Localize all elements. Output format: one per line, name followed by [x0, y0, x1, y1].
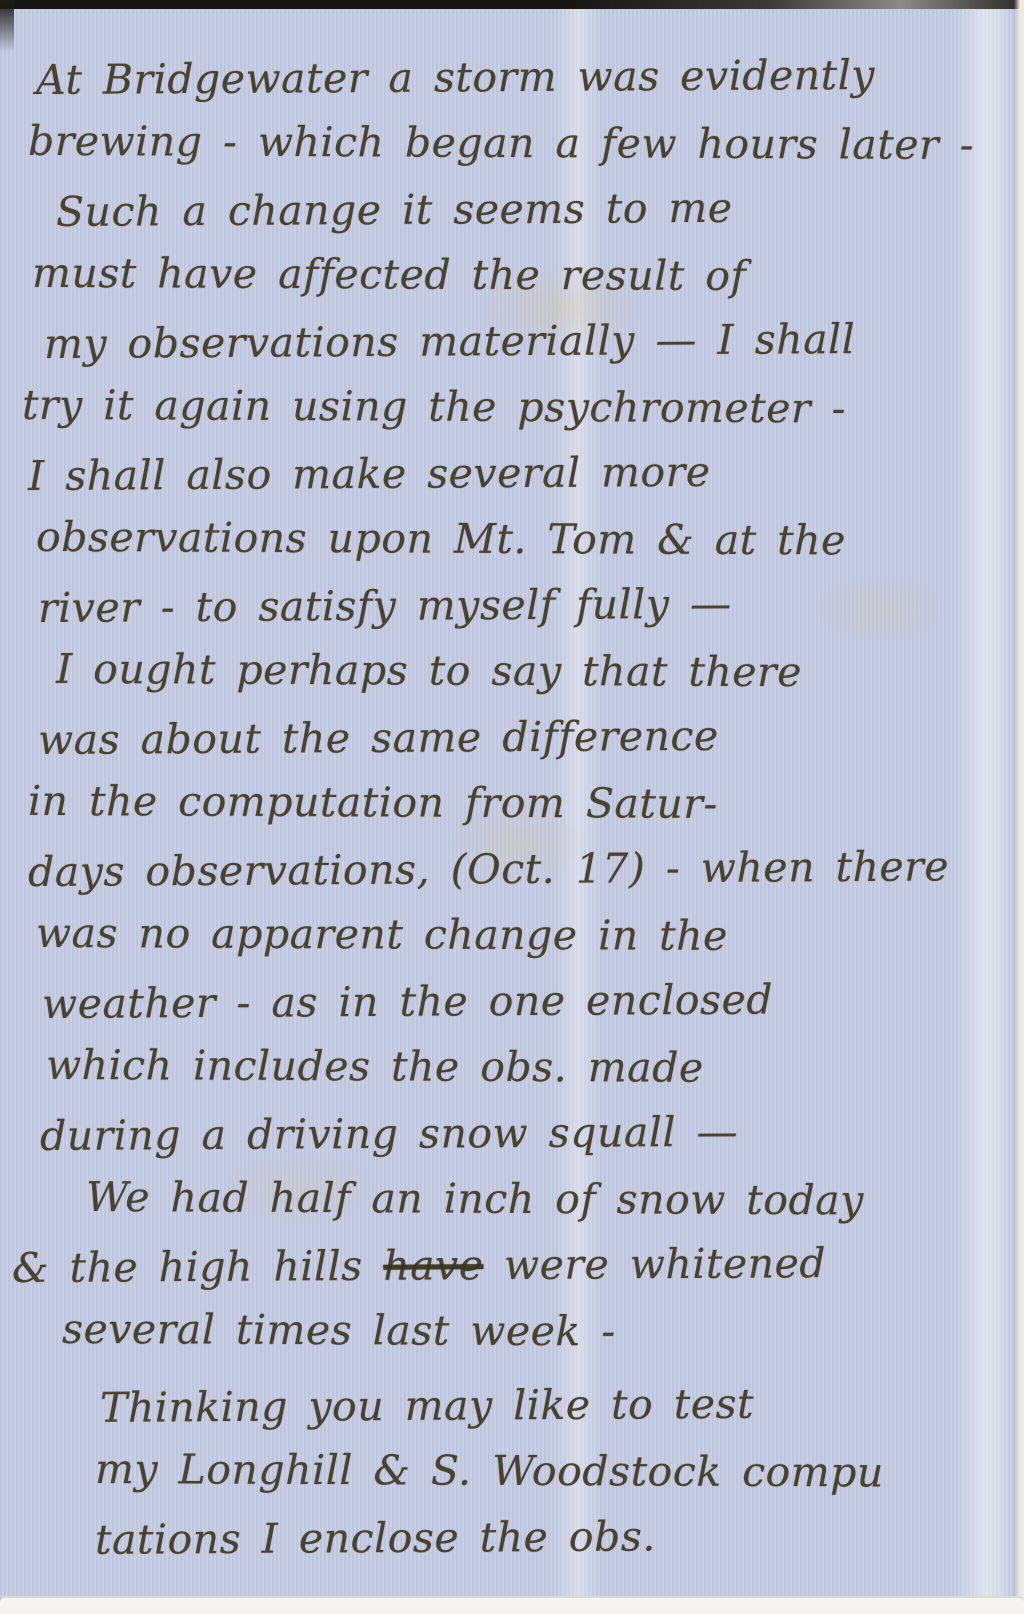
letter-line-20: several times last week -: [62, 1296, 1014, 1366]
letter-page: At Bridgewater a storm was evidently bre…: [0, 8, 1014, 1600]
letter-line-1: At Bridgewater a storm was evidently: [36, 41, 1014, 113]
letter-line-6: try it again using the psychrometer -: [22, 372, 1014, 442]
line-text: my Longhill & S. Woodstock compu: [95, 1445, 884, 1496]
letter-line-19: & the high hills have were whitened: [12, 1229, 1014, 1301]
line-text: during a driving snow squall —: [40, 1108, 738, 1160]
scan-edge-bottom: [0, 1596, 1024, 1614]
letter-line-5: my observations materially — I shall: [44, 305, 1014, 377]
line-text: days observations, (Oct. 17) - when ther…: [28, 842, 949, 896]
line-text: observations upon Mt. Tom & at the: [36, 513, 846, 565]
line-text: Thinking you may like to test: [100, 1380, 754, 1432]
letter-line-13: days observations, (Oct. 17) - when ther…: [28, 833, 1014, 905]
struck-word: have: [383, 1241, 484, 1290]
letter-line-10: I ought perhaps to say that there: [56, 636, 1014, 706]
letter-line-22: my Longhill & S. Woodstock compu: [95, 1436, 1014, 1506]
letter-line-23: tations I enclose the obs.: [95, 1501, 1014, 1573]
letter-line-11: was about the same difference: [38, 701, 1014, 773]
line-text: my observations materially — I shall: [44, 315, 856, 368]
line-text: Such a change it seems to me: [56, 184, 733, 236]
scan-edge-top: [0, 0, 1024, 9]
letter-line-9: river - to satisfy myself fully —: [38, 569, 1014, 641]
letter-line-14: was no apparent change in the: [36, 900, 1014, 970]
letter-line-16: which includes the obs. made: [46, 1032, 1014, 1102]
letter-line-15: weather - as in the one enclosed: [42, 965, 1014, 1037]
letter-line-21: Thinking you may like to test: [100, 1369, 1014, 1441]
line-text: several times last week -: [62, 1305, 616, 1355]
letter-line-3: Such a change it seems to me: [56, 173, 1014, 245]
letter-line-4: must have affected the result of: [32, 240, 1014, 310]
line-text: I ought perhaps to say that there: [56, 645, 802, 696]
line-text: brewing - which began a few hours later …: [28, 117, 974, 169]
line-text: was no apparent change in the: [36, 909, 728, 960]
letter-line-7: I shall also make several more: [28, 437, 1014, 509]
letter-body: At Bridgewater a storm was evidently bre…: [0, 44, 1014, 1570]
letter-line-2: brewing - which began a few hours later …: [28, 108, 1014, 178]
scan-edge-right: [1014, 0, 1024, 1614]
letter-line-12: in the computation from Satur-: [28, 768, 1014, 838]
line-text: tations I enclose the obs.: [95, 1512, 656, 1563]
line-text: river - to satisfy myself fully —: [38, 580, 732, 632]
line-text: was about the same difference: [38, 712, 719, 764]
line-text: in the computation from Satur-: [28, 777, 718, 828]
letter-line-18: We had half an inch of snow today: [86, 1164, 1014, 1234]
line-text: try it again using the psychrometer -: [22, 381, 846, 433]
letter-line-17: during a driving snow squall —: [40, 1097, 1014, 1169]
scan-edge-top-left-corner: [0, 0, 14, 52]
line-text: must have affected the result of: [32, 249, 746, 300]
line-text: We had half an inch of snow today: [86, 1173, 864, 1224]
line-text: & the high hills: [12, 1242, 384, 1292]
line-text: I shall also make several more: [28, 448, 711, 500]
line-text: were whitened: [483, 1239, 826, 1289]
line-text: weather - as in the one enclosed: [42, 976, 773, 1028]
letter-line-8: observations upon Mt. Tom & at the: [36, 504, 1014, 574]
line-text: which includes the obs. made: [46, 1041, 704, 1092]
line-text: At Bridgewater a storm was evidently: [36, 51, 875, 104]
